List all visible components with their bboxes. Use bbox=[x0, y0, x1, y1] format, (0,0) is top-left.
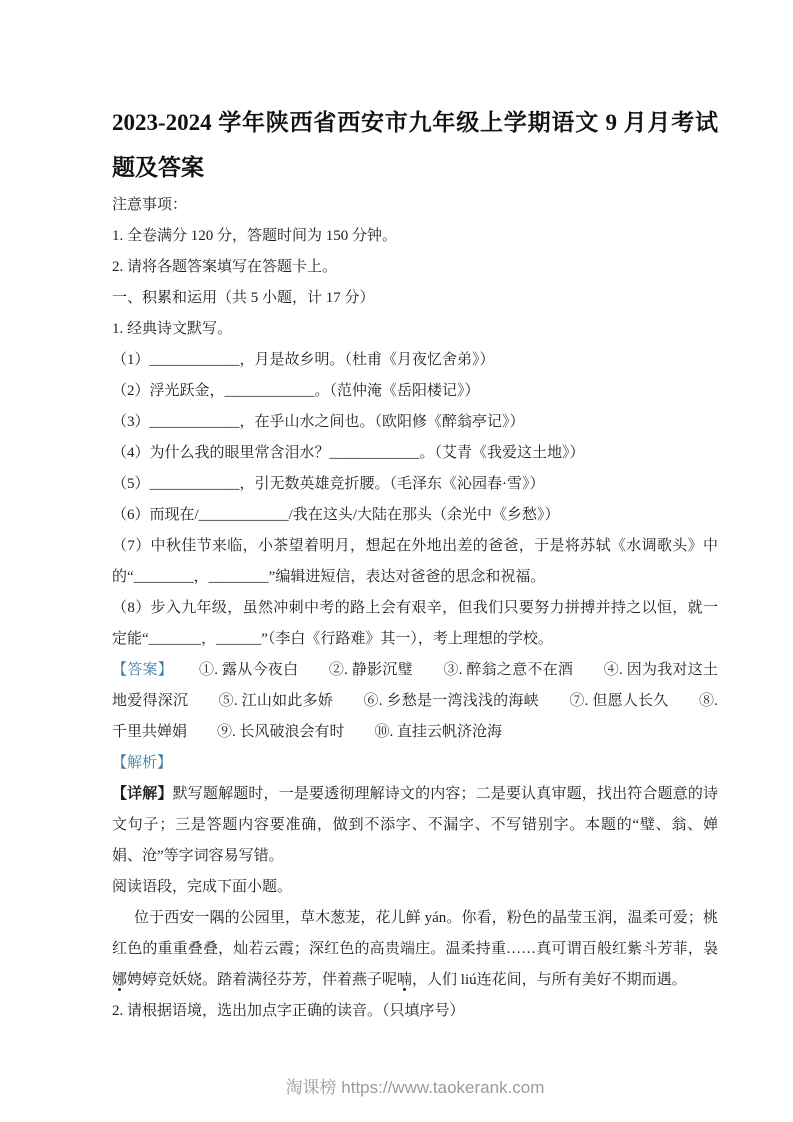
detail-label: 【详解】 bbox=[112, 786, 173, 802]
page-title: 2023-2024 学年陕西省西安市九年级上学期语文 9 月月考试题及答案 bbox=[112, 100, 718, 190]
notice-item-2: 2. 请将各题答案填写在答题卡上。 bbox=[112, 252, 718, 283]
reading-passage: 位于西安一隅的公园里，草木葱茏，花儿鲜 yán。你看，粉色的晶莹玉润，温柔可爱；… bbox=[112, 903, 718, 996]
q1-blank-1: （1）____________，月是故乡明。（杜甫《月夜忆舍弟》） bbox=[112, 345, 718, 376]
dotted-char: 喃 bbox=[397, 972, 412, 988]
q1-blank-5: （5）____________，引无数英雄竞折腰。（毛泽东《沁园春·雪》） bbox=[112, 469, 718, 500]
reading-intro: 阅读语段，完成下面小题。 bbox=[112, 872, 718, 903]
q1-answer: 【答案】①. 露从今夜白 ②. 静影沉璧 ③. 醉翁之意不在酒 ④. 因为我对这… bbox=[112, 655, 718, 748]
answer-label: 【答案】 bbox=[112, 662, 173, 678]
q1-blank-3: （3）____________，在乎山水之间也。（欧阳修《醉翁亭记》） bbox=[112, 407, 718, 438]
footer-watermark: 淘课榜 https://www.taokerank.com bbox=[112, 1073, 718, 1098]
q1-detail: 【详解】默写题解题时，一是要透彻理解诗文的内容；二是要认真审题，找出符合题意的诗… bbox=[112, 779, 718, 872]
notice-heading: 注意事项： bbox=[112, 190, 718, 221]
answer-items: ①. 露从今夜白 ②. 静影沉璧 ③. 醉翁之意不在酒 ④. 因为我对这土地爱得… bbox=[112, 662, 718, 740]
detail-text: 默写题解题时，一是要透彻理解诗文的内容；二是要认真审题，找出符合题意的诗文句子；… bbox=[112, 786, 718, 864]
q1-blank-2: （2）浮光跃金，____________。（范仲淹《岳阳楼记》） bbox=[112, 376, 718, 407]
document-page: 2023-2024 学年陕西省西安市九年级上学期语文 9 月月考试题及答案 注意… bbox=[0, 0, 793, 1122]
q1-stem: 1. 经典诗文默写。 bbox=[112, 314, 718, 345]
q1-analysis-label: 【解析】 bbox=[112, 748, 718, 779]
q1-blank-4: （4）为什么我的眼里常含泪水？____________。（艾青《我爱这土地》） bbox=[112, 438, 718, 469]
section-heading: 一、积累和运用（共 5 小题，计 17 分） bbox=[112, 283, 718, 314]
notice-item-1: 1. 全卷满分 120 分，答题时间为 150 分钟。 bbox=[112, 221, 718, 252]
dotted-char: 娜 bbox=[112, 972, 127, 988]
q1-blank-8: （8）步入九年级，虽然冲刺中考的路上会有艰辛，但我们只要努力拼搏并持之以恒，就一… bbox=[112, 593, 718, 655]
q1-blank-6: （6）而现在/____________/我在这头/大陆在那头（余光中《乡愁》） bbox=[112, 500, 718, 531]
passage-text: ，人们 liú连花间，与所有美好不期而遇。 bbox=[412, 972, 687, 988]
q1-blank-7: （7）中秋佳节来临，小茶望着明月，想起在外地出差的爸爸，于是将苏轼《水调歌头》中… bbox=[112, 531, 718, 593]
q2-stem: 2. 请根据语境，选出加点字正确的读音。（只填序号） bbox=[112, 996, 718, 1027]
passage-text: 位于西安一隅的公园里，草木葱茏，花儿鲜 yán。你看，粉色的晶莹玉润，温柔可爱；… bbox=[112, 910, 718, 957]
passage-text: 娉婷竞妖娆。踏着满径芬芳，伴着燕子呢 bbox=[127, 972, 397, 988]
